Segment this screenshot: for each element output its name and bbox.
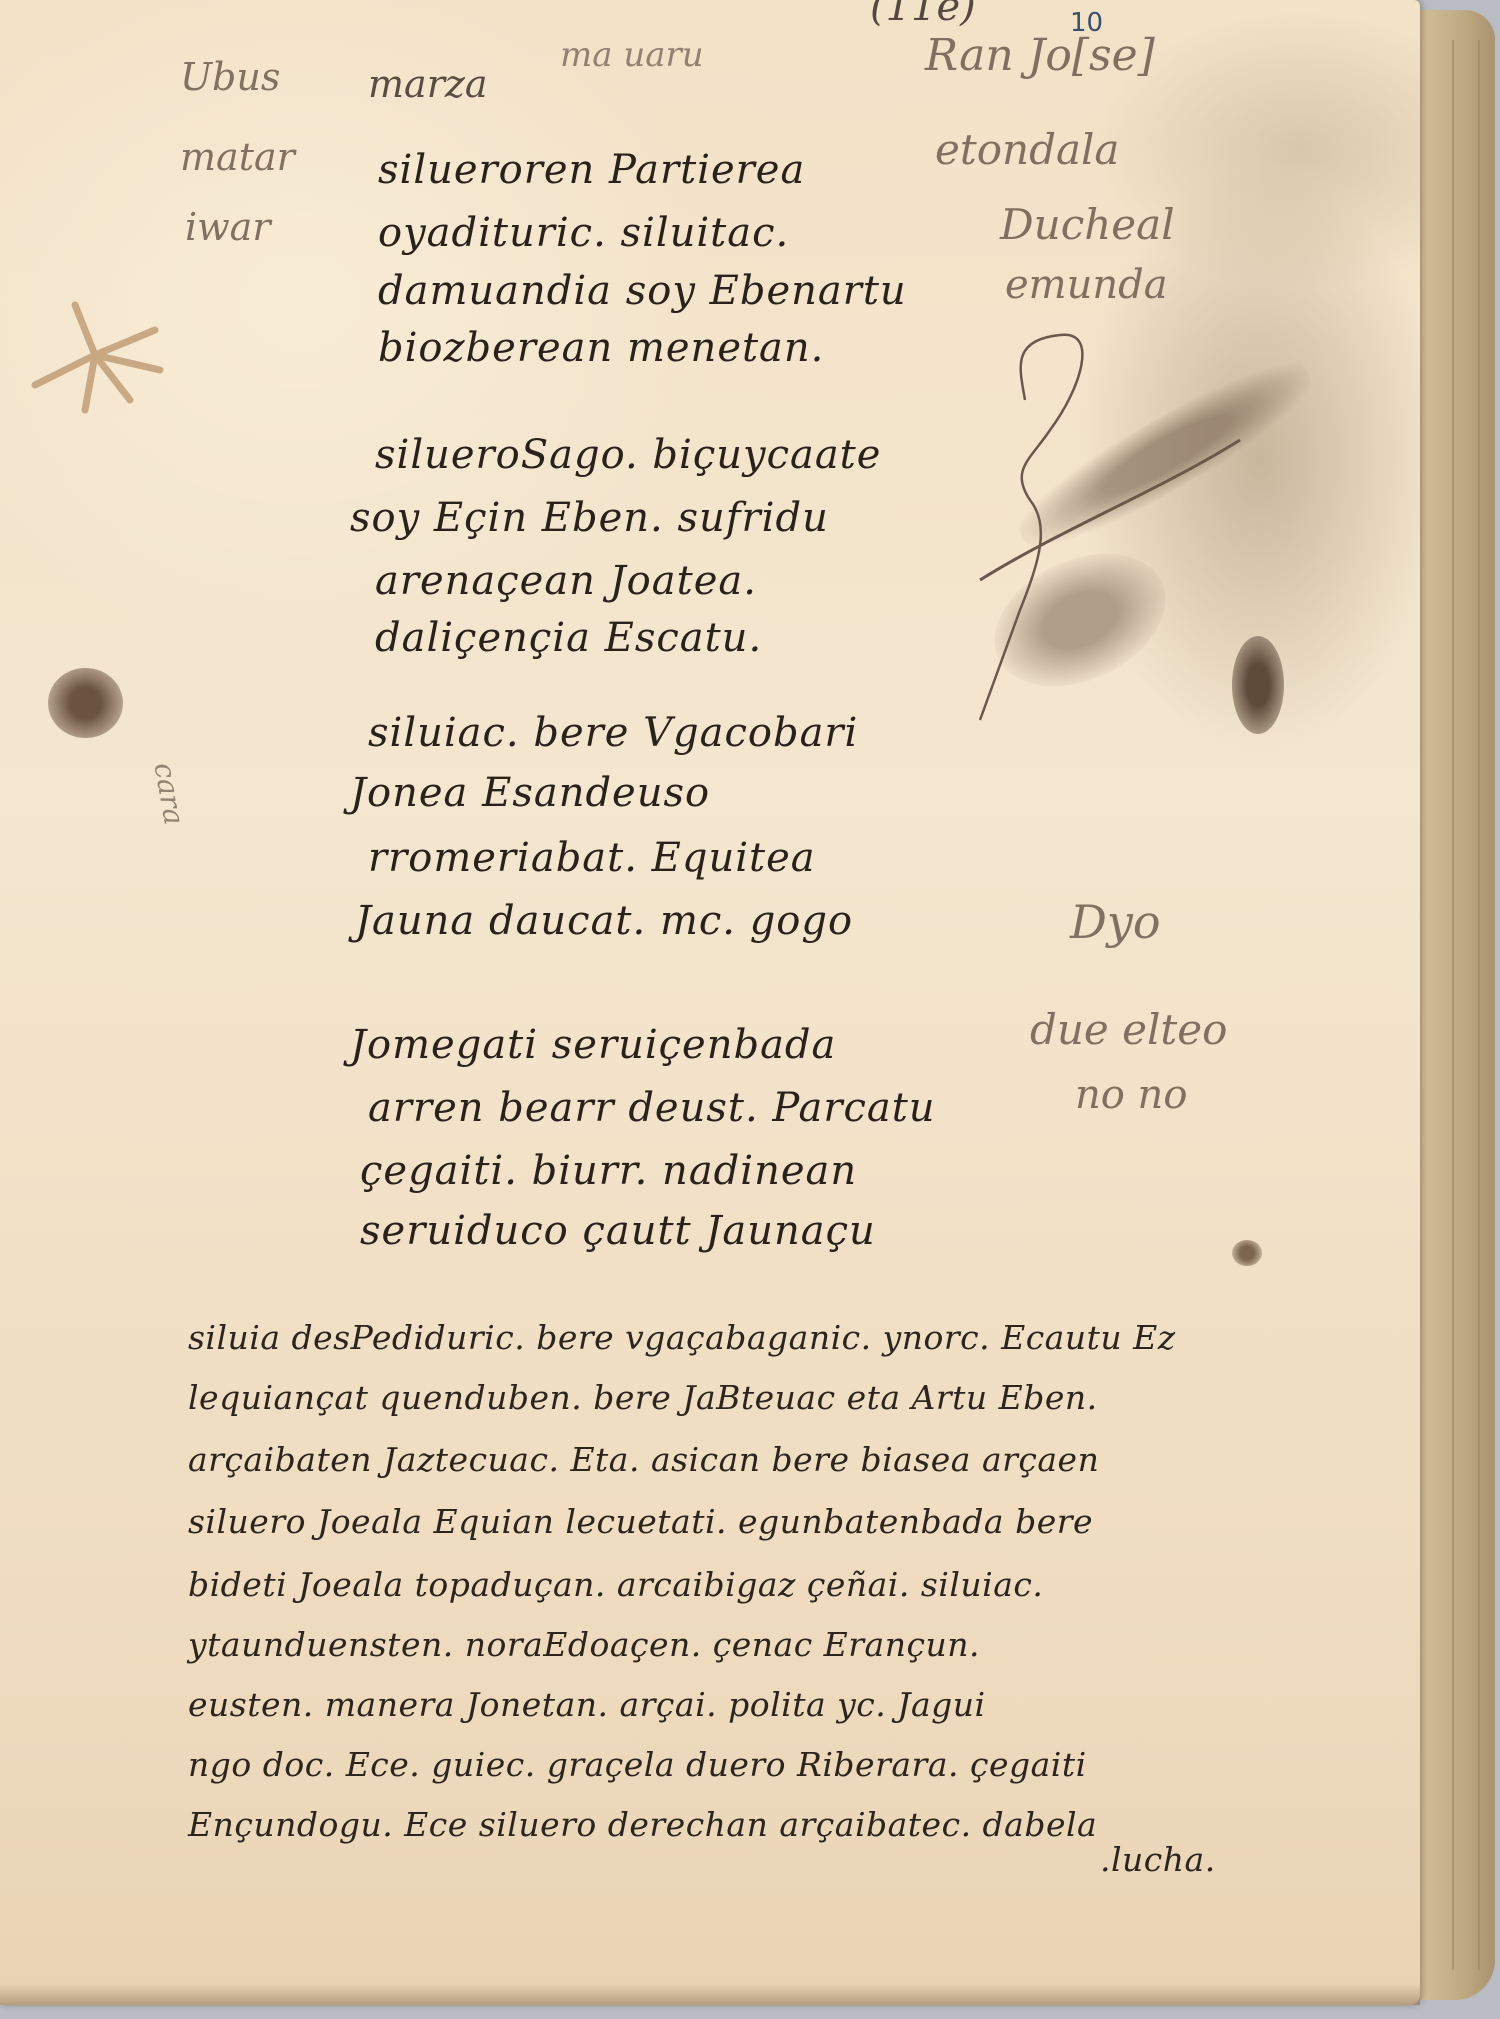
prose-line: ytaunduensten. noraEdoaçen. çenac Erançu… [188,1625,980,1664]
verse-line: çegaiti. biurr. nadinean [360,1148,857,1194]
verse-line: daliçençia Escatu. [375,615,762,661]
margin-note-vertical: cara [148,760,191,827]
verse-line: oyadituric. siluitac. [378,210,789,256]
verse-line: arenaçean Joatea. [375,558,757,604]
margin-note: no no [1075,1072,1187,1118]
verse-line: biozberean menetan. [378,325,824,371]
star-doodle-icon [15,290,175,420]
verse-line: seruiduco çautt Jaunaçu [360,1208,876,1254]
ink-blot-left [48,668,123,738]
prose-line: lequiançat quenduben. bere JaBteuac eta … [188,1378,1098,1417]
prose-line-end: .lucha. [1100,1840,1216,1879]
verse-line: silueroSago. biçuycaate [375,432,881,478]
margin-note: etondala [935,125,1119,174]
prose-line: siluero Joeala Equian lecuetati. egunbat… [188,1502,1093,1541]
verse-line: Jonea Esandeuso [350,770,710,816]
verse-line: silueroren Partierea [378,147,805,193]
manuscript-page: 10 (11e) Ubus marza matar iwar ma uaru c… [0,0,1420,2005]
prose-line: Ençundogu. Ece siluero derechan arçaibat… [188,1805,1097,1844]
margin-note: ma uaru [560,35,704,75]
margin-note: matar [180,135,295,179]
margin-note: emunda [1005,262,1168,308]
page-edge-line [1478,40,1480,1970]
margin-note: due elteo [1030,1005,1227,1054]
page-edge-line [1452,40,1454,1970]
margin-note: Ran Jo[se] [925,30,1155,81]
margin-note: marza [368,62,488,106]
verse-line: Jauna daucat. mc. gogo [355,898,853,944]
flourish-doodle-icon [960,310,1260,730]
prose-line: siluia desPediduric. bere vgaçabaganic. … [188,1318,1176,1357]
verse-line: Jomegati seruiçenbada [350,1022,836,1068]
folio-mark: (11e) [870,0,976,30]
margin-note: Ducheal [1000,200,1175,249]
margin-note: Dyo [1070,895,1161,949]
margin-note: Ubus [180,55,280,99]
verse-line: siluiac. bere Vgacobari [368,710,858,756]
verse-line: arren bearr deust. Parcatu [368,1085,936,1131]
prose-line: eusten. manera Jonetan. arçai. polita yc… [188,1685,986,1724]
verse-line: rromeriabat. Equitea [368,835,816,881]
prose-line: arçaibaten Jaztecuac. Eta. asican bere b… [188,1440,1099,1479]
prose-line: ngo doc. Ece. guiec. graçela duero Riber… [188,1745,1087,1784]
stain-small [1232,1240,1262,1266]
verse-line: soy Eçin Eben. sufridu [350,495,829,541]
margin-note: iwar [185,205,271,249]
prose-line: bideti Joeala topaduçan. arcaibigaz çeña… [188,1565,1043,1604]
verse-line: damuandia soy Ebenartu [378,268,907,314]
